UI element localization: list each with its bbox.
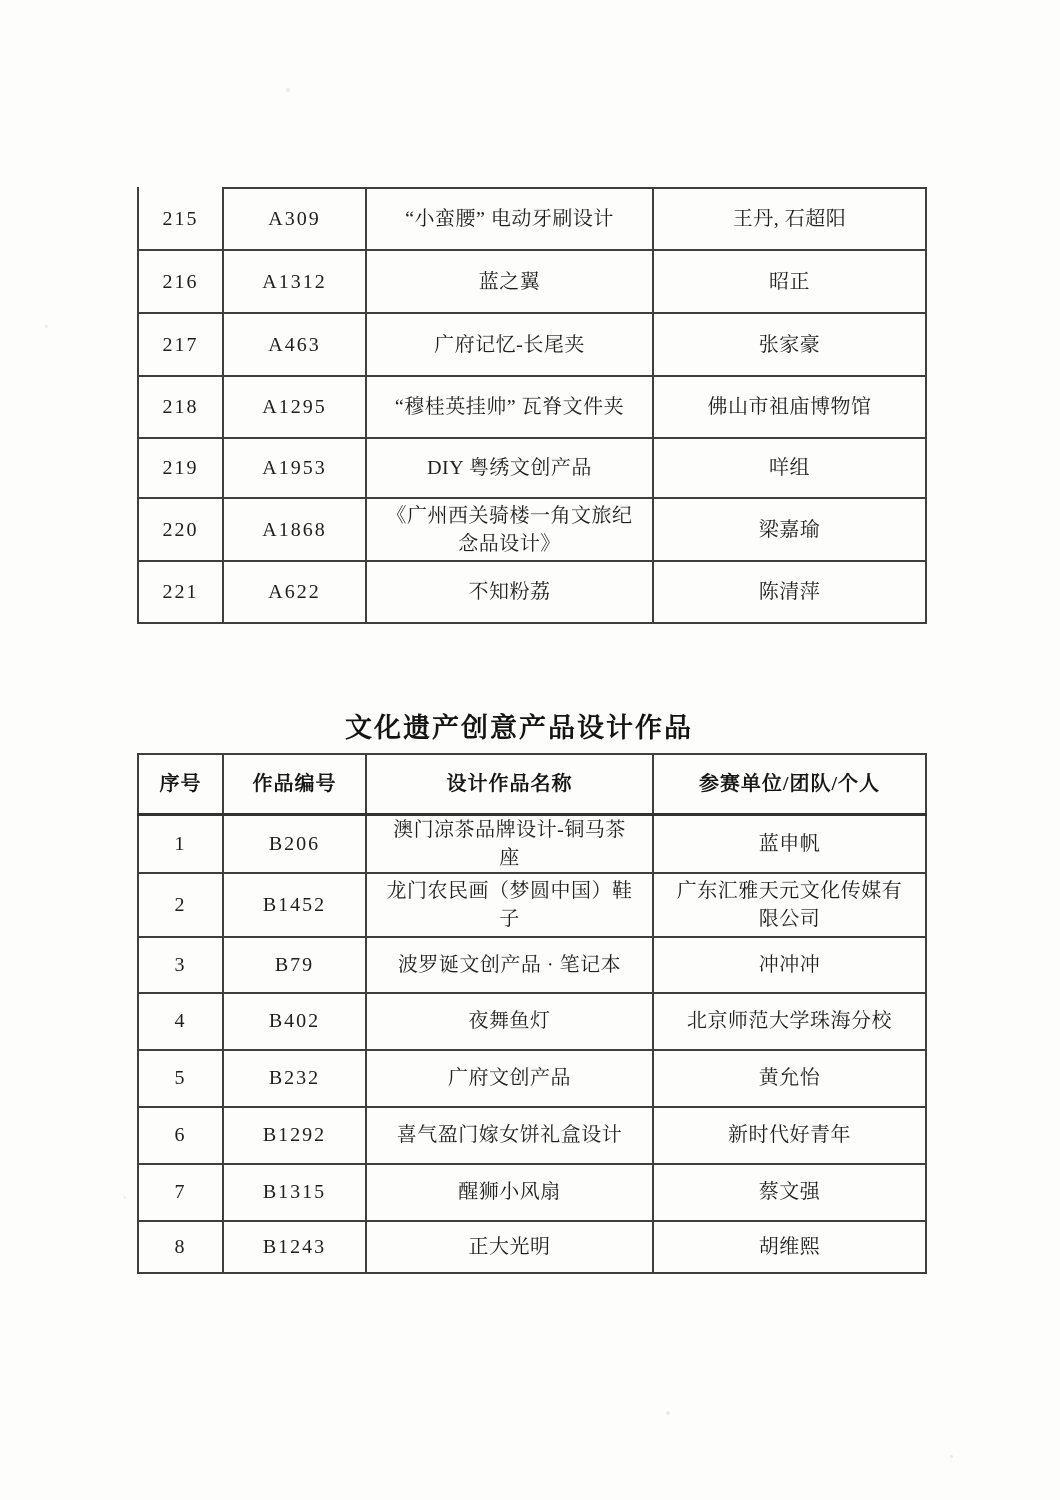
cell-name: 夜舞鱼灯 [366,993,653,1050]
cell-unit: 咩组 [653,438,926,498]
cell-unit: 广东汇雅天元文化传媒有限公司 [653,873,926,937]
table-row: 7B1315醒狮小风扇蔡文强 [138,1164,926,1221]
cell-no: 218 [138,376,223,438]
cell-unit: 冲冲冲 [653,937,926,993]
cell-name: DIY 粤绣文创产品 [366,438,653,498]
cell-code: B79 [223,937,366,993]
results-table-a-continued: 215A309“小蛮腰” 电动牙刷设计王丹, 石超阳216A1312蓝之翼昭正2… [137,187,927,624]
table-row: 3B79波罗诞文创产品 · 笔记本冲冲冲 [138,937,926,993]
column-header: 序号 [138,754,223,814]
cell-unit: 蓝申帆 [653,814,926,873]
table-row: 221A622不知粉荔陈清萍 [138,561,926,623]
cell-unit: 新时代好青年 [653,1107,926,1164]
cell-code: B232 [223,1050,366,1107]
column-header: 作品编号 [223,754,366,814]
cell-name: “穆桂英挂帅” 瓦脊文件夹 [366,376,653,438]
cell-no: 3 [138,937,223,993]
cell-code: B1452 [223,873,366,937]
cell-no: 219 [138,438,223,498]
cell-unit: 梁嘉瑜 [653,498,926,561]
table-row: 217A463广府记忆-长尾夹张家豪 [138,313,926,376]
cell-code: A1295 [223,376,366,438]
cell-name: 龙门农民画（梦圆中国）鞋子 [366,873,653,937]
header-row: 序号作品编号设计作品名称参赛单位/团队/个人 [138,754,926,814]
cell-unit: 黄允怡 [653,1050,926,1107]
scan-speck [950,1455,953,1458]
cell-code: B206 [223,814,366,873]
column-header: 参赛单位/团队/个人 [653,754,926,814]
cell-name: 广府记忆-长尾夹 [366,313,653,376]
cell-no: 217 [138,313,223,376]
cell-code: A622 [223,561,366,623]
cell-no: 1 [138,814,223,873]
cell-name: 正大光明 [366,1221,653,1273]
cell-name: 《广州西关骑楼一角文旅纪念品设计》 [366,498,653,561]
cell-code: B1315 [223,1164,366,1221]
section-title: 文化遗产创意产品设计作品 [125,708,913,748]
table-row: 6B1292喜气盈门嫁女饼礼盒设计新时代好青年 [138,1107,926,1164]
cell-code: B1243 [223,1221,366,1273]
column-header: 设计作品名称 [366,754,653,814]
table-row: 5B232广府文创产品黄允怡 [138,1050,926,1107]
cell-unit: 昭正 [653,250,926,313]
scan-speck [666,1411,670,1415]
cell-code: A309 [223,188,366,250]
cell-name: 广府文创产品 [366,1050,653,1107]
results-table-b: 序号作品编号设计作品名称参赛单位/团队/个人1B206澳门凉茶品牌设计-铜马茶座… [137,753,927,1274]
cell-code: A1953 [223,438,366,498]
cell-name: 蓝之翼 [366,250,653,313]
cell-name: 不知粉荔 [366,561,653,623]
cell-no: 7 [138,1164,223,1221]
cell-unit: 张家豪 [653,313,926,376]
scan-speck [123,1196,126,1199]
scan-speck [45,325,48,328]
cell-no: 221 [138,561,223,623]
cell-name: 澳门凉茶品牌设计-铜马茶座 [366,814,653,873]
cell-no: 215 [138,188,223,250]
table-row: 215A309“小蛮腰” 电动牙刷设计王丹, 石超阳 [138,188,926,250]
cell-no: 216 [138,250,223,313]
cell-unit: 陈清萍 [653,561,926,623]
table-row: 4B402夜舞鱼灯北京师范大学珠海分校 [138,993,926,1050]
table-row: 2B1452龙门农民画（梦圆中国）鞋子广东汇雅天元文化传媒有限公司 [138,873,926,937]
table-row: 220A1868《广州西关骑楼一角文旅纪念品设计》梁嘉瑜 [138,498,926,561]
cell-unit: 佛山市祖庙博物馆 [653,376,926,438]
cell-no: 8 [138,1221,223,1273]
cell-unit: 王丹, 石超阳 [653,188,926,250]
cell-code: A463 [223,313,366,376]
cell-unit: 蔡文强 [653,1164,926,1221]
cell-unit: 胡维熙 [653,1221,926,1273]
cell-name: 醒狮小风扇 [366,1164,653,1221]
cell-no: 6 [138,1107,223,1164]
cell-name: 喜气盈门嫁女饼礼盒设计 [366,1107,653,1164]
cell-no: 4 [138,993,223,1050]
cell-name: “小蛮腰” 电动牙刷设计 [366,188,653,250]
cell-unit: 北京师范大学珠海分校 [653,993,926,1050]
table-row: 219A1953DIY 粤绣文创产品咩组 [138,438,926,498]
scanned-document-page: 215A309“小蛮腰” 电动牙刷设计王丹, 石超阳216A1312蓝之翼昭正2… [0,0,1060,1500]
cell-code: A1868 [223,498,366,561]
cell-code: B1292 [223,1107,366,1164]
table-row: 8B1243正大光明胡维熙 [138,1221,926,1273]
cell-name: 波罗诞文创产品 · 笔记本 [366,937,653,993]
cell-no: 220 [138,498,223,561]
cell-no: 2 [138,873,223,937]
table-row: 1B206澳门凉茶品牌设计-铜马茶座蓝申帆 [138,814,926,873]
table-row: 218A1295“穆桂英挂帅” 瓦脊文件夹佛山市祖庙博物馆 [138,376,926,438]
cell-code: A1312 [223,250,366,313]
scan-speck [286,88,290,92]
cell-no: 5 [138,1050,223,1107]
cell-code: B402 [223,993,366,1050]
table-row: 216A1312蓝之翼昭正 [138,250,926,313]
